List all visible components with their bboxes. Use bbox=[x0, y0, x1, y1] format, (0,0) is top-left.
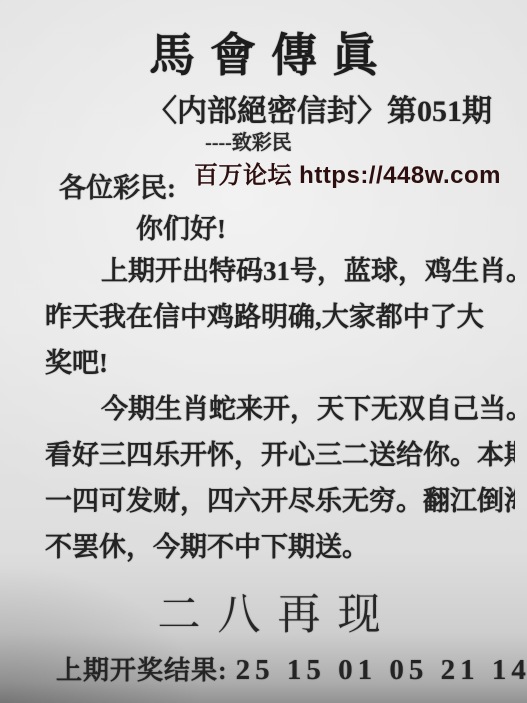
letter-body: 上期开出特码31号，蓝球，鸡生肖。 昨天我在信中鸡路明确,大家都中了大 奖吧! … bbox=[45, 248, 515, 570]
prediction-slogan: 二八再现 bbox=[0, 581, 527, 642]
paragraph-line: 一四可发财，四六开尽乐无穷。翻江倒海 bbox=[45, 478, 515, 524]
fax-document-photo: 馬會傳眞 〈内部絕密信封〉第051期 ----致彩民 各位彩民: 百万论坛 ht… bbox=[0, 0, 527, 703]
paragraph-line: 昨天我在信中鸡路明确,大家都中了大 bbox=[45, 294, 515, 340]
paragraph-line: 不罢休，今期不中下期送。 bbox=[45, 524, 515, 570]
result-numbers: 25 15 01 05 21 14 bbox=[236, 654, 527, 687]
dedication-line: ----致彩民 bbox=[0, 126, 527, 155]
document-title: 馬會傳眞 bbox=[0, 19, 527, 85]
paragraph-line: 奖吧! bbox=[45, 340, 515, 386]
paragraph-line: 看好三四乐开怀，开心三二送给你。本期 bbox=[45, 432, 515, 478]
salutation-text: 各位彩民: bbox=[59, 166, 176, 205]
issue-subtitle: 〈内部絕密信封〉第051期 bbox=[0, 86, 527, 130]
result-label: 上期开奖结果: bbox=[56, 650, 228, 687]
paragraph-line: 上期开出特码31号，蓝球，鸡生肖。 bbox=[45, 248, 515, 294]
forum-watermark-url: 百万论坛 https://448w.com bbox=[194, 155, 501, 190]
paragraph-line: 今期生肖蛇来开，天下无双自己当。 bbox=[45, 386, 515, 432]
greeting-text: 你们好! bbox=[136, 207, 226, 246]
previous-draw-results: 上期开奖结果: 25 15 01 05 21 14 特31 bbox=[56, 648, 527, 688]
